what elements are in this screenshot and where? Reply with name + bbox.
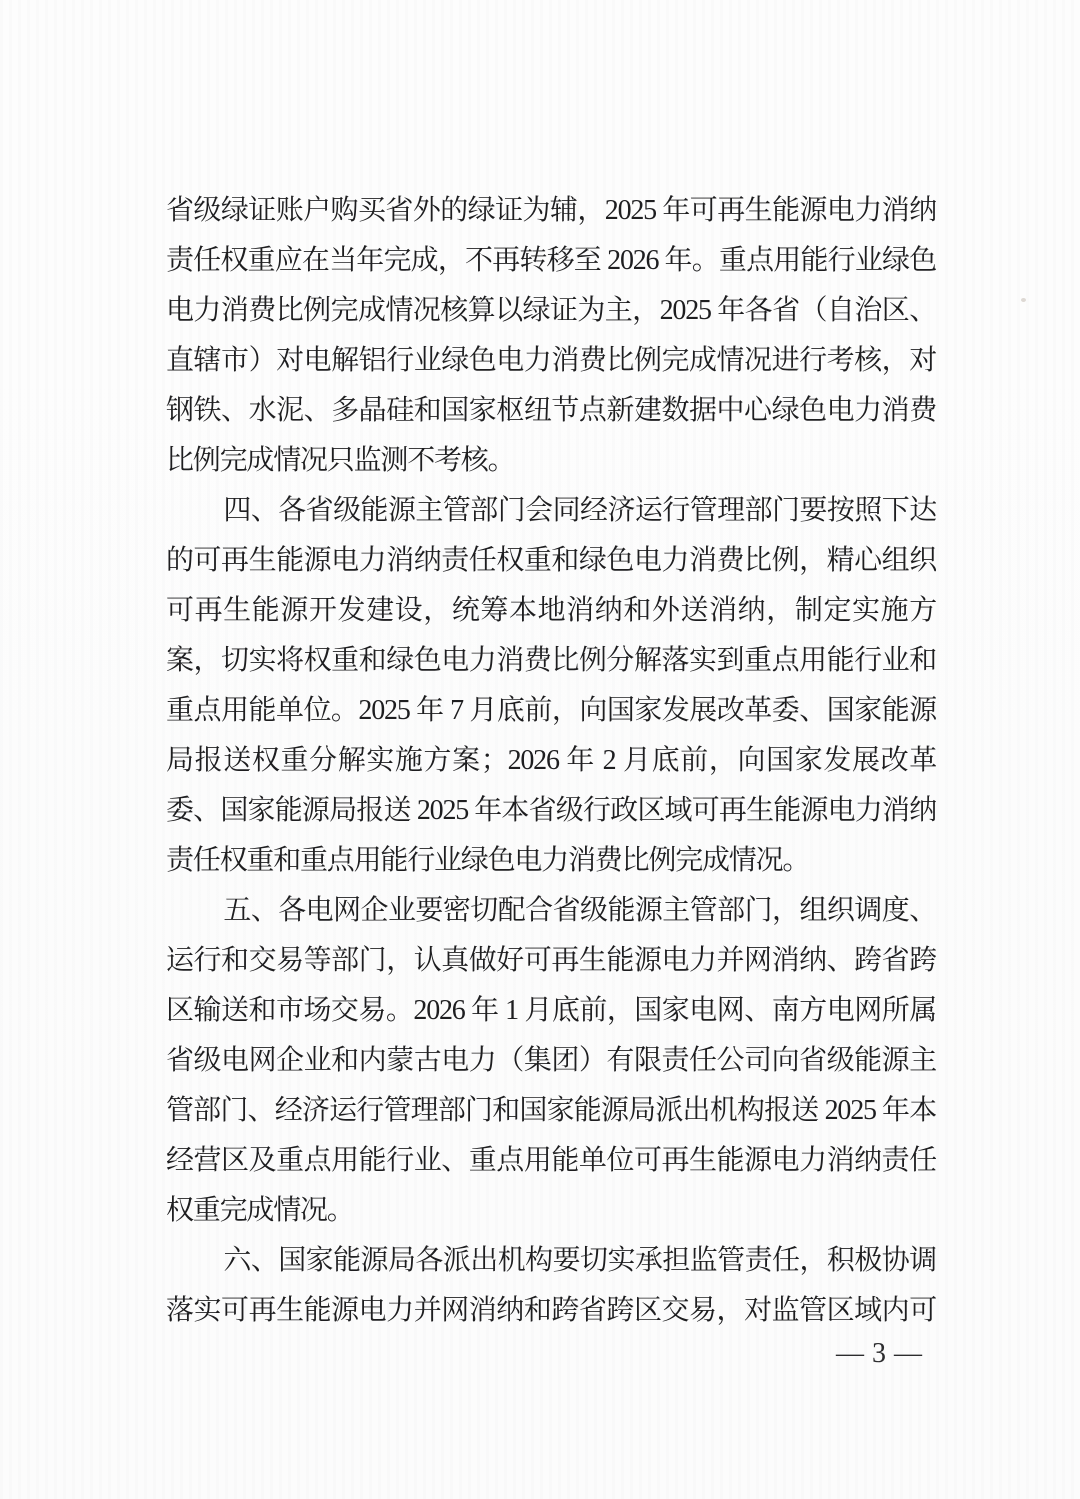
text-line: 权重完成情况。	[166, 1186, 936, 1236]
text-line: 管部门、经济运行管理部门和国家能源局派出机构报送 2025 年本	[166, 1086, 936, 1136]
text-line: 可再生能源开发建设，统筹本地消纳和外送消纳，制定实施方	[166, 586, 936, 636]
para-section-three-continuation: 省级绿证账户购买省外的绿证为辅，2025 年可再生能源电力消纳责任权重应在当年完…	[166, 186, 936, 486]
text-line: 的可再生能源电力消纳责任权重和绿色电力消费比例，精心组织	[166, 536, 936, 586]
text-line: 省级电网企业和内蒙古电力（集团）有限责任公司向省级能源主	[166, 1036, 936, 1086]
text-line: 责任权重和重点用能行业绿色电力消费比例完成情况。	[166, 836, 936, 886]
text-line: 经营区及重点用能行业、重点用能单位可再生能源电力消纳责任	[166, 1136, 936, 1186]
para-section-four: 四、各省级能源主管部门会同经济运行管理部门要按照下达的可再生能源电力消纳责任权重…	[166, 486, 936, 886]
scan-speck	[1021, 298, 1026, 302]
text-line: 运行和交易等部门，认真做好可再生能源电力并网消纳、跨省跨	[166, 936, 936, 986]
text-line: 区输送和市场交易。2026 年 1 月底前，国家电网、南方电网所属	[166, 986, 936, 1036]
text-line: 钢铁、水泥、多晶硅和国家枢纽节点新建数据中心绿色电力消费	[166, 386, 936, 436]
text-line: 责任权重应在当年完成，不再转移至 2026 年。重点用能行业绿色	[166, 236, 936, 286]
text-line: 比例完成情况只监测不考核。	[166, 436, 936, 486]
text-line: 六、国家能源局各派出机构要切实承担监管责任，积极协调	[166, 1236, 936, 1286]
document-body: 省级绿证账户购买省外的绿证为辅，2025 年可再生能源电力消纳责任权重应在当年完…	[166, 186, 936, 1336]
text-line: 电力消费比例完成情况核算以绿证为主，2025 年各省（自治区、	[166, 286, 936, 336]
page-number: — 3 —	[836, 1338, 936, 1370]
para-section-five: 五、各电网企业要密切配合省级能源主管部门，组织调度、运行和交易等部门，认真做好可…	[166, 886, 936, 1236]
text-line: 直辖市）对电解铝行业绿色电力消费比例完成情况进行考核，对	[166, 336, 936, 386]
para-section-six: 六、国家能源局各派出机构要切实承担监管责任，积极协调落实可再生能源电力并网消纳和…	[166, 1236, 936, 1336]
text-line: 重点用能单位。2025 年 7 月底前，向国家发展改革委、国家能源	[166, 686, 936, 736]
text-line: 落实可再生能源电力并网消纳和跨省跨区交易，对监管区域内可	[166, 1286, 936, 1336]
document-page: 省级绿证账户购买省外的绿证为辅，2025 年可再生能源电力消纳责任权重应在当年完…	[0, 0, 1080, 1499]
text-line: 四、各省级能源主管部门会同经济运行管理部门要按照下达	[166, 486, 936, 536]
text-line: 案，切实将权重和绿色电力消费比例分解落实到重点用能行业和	[166, 636, 936, 686]
text-line: 委、国家能源局报送 2025 年本省级行政区域可再生能源电力消纳	[166, 786, 936, 836]
text-line: 省级绿证账户购买省外的绿证为辅，2025 年可再生能源电力消纳	[166, 186, 936, 236]
text-line: 局报送权重分解实施方案；2026 年 2 月底前，向国家发展改革	[166, 736, 936, 786]
text-line: 五、各电网企业要密切配合省级能源主管部门，组织调度、	[166, 886, 936, 936]
